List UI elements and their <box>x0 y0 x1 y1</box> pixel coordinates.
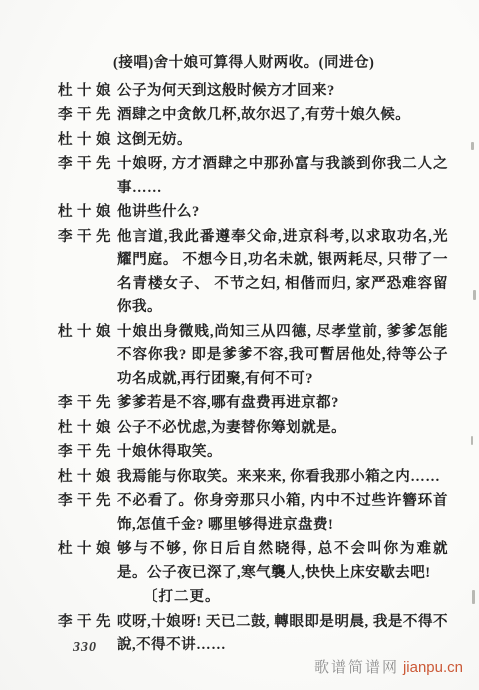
script-text-block: (接唱)舍十娘可算得人财两收。(同进仓) 杜十娘 公子为何天到这般时候方才回来?… <box>58 52 448 659</box>
dialogue-text: 爹爹若是不容,哪有盘费再进京都? <box>117 392 448 416</box>
dialogue-text: 十娘休得取笑。 <box>117 441 448 465</box>
dialogue-row: 杜十娘 我焉能与你取笑。来来来, 你看我那小箱之内…… <box>58 466 448 490</box>
dialogue-row: 李干先 十娘呀, 方才酒肆之中那孙富与我談到你我二人之事…… <box>58 153 448 200</box>
speaker-name: 杜十娘 <box>58 80 117 104</box>
book-page: (接唱)舍十娘可算得人财两收。(同进仓) 杜十娘 公子为何天到这般时候方才回来?… <box>0 0 479 690</box>
dialogue-list: 杜十娘 公子为何天到这般时候方才回来? 李干先 酒肆之中贪飲几杯,故尔迟了,有劳… <box>58 80 448 658</box>
dialogue-row: 杜十娘 十娘出身微贱,尚知三从四德, 尽孝堂前, 爹爹怎能不容你我? 即是爹爹不… <box>58 321 448 392</box>
watermark-site-url: jianpu.cn <box>403 659 463 676</box>
dialogue-row: 李干先 十娘休得取笑。 <box>58 441 448 465</box>
dialogue-text: 这倒无妨。 <box>117 129 448 153</box>
speaker-name: 李干先 <box>58 490 117 514</box>
speaker-name: 李干先 <box>58 441 117 465</box>
dialogue-text: 十娘出身微贱,尚知三从四德, 尽孝堂前, 爹爹怎能不容你我? 即是爹爹不容,我可… <box>117 321 448 392</box>
speaker-name: 杜十娘 <box>58 417 117 441</box>
scan-artifact <box>472 590 475 604</box>
dialogue-text: 酒肆之中贪飲几杯,故尔迟了,有劳十娘久候。 <box>117 104 448 128</box>
speaker-name: 李干先 <box>58 226 117 250</box>
dialogue-text: 公子为何天到这般时候方才回来? <box>117 80 448 104</box>
page-number: 330 <box>73 640 97 656</box>
dialogue-text: 他讲些什么? <box>117 201 448 225</box>
dialogue-row: 杜十娘 这倒无妨。 <box>58 129 448 153</box>
scan-artifact <box>473 290 476 300</box>
dialogue-text: 不必看了。你身旁那只小箱, 内中不过些许簪环首饰,怎值千金? 哪里够得进京盘费! <box>117 490 448 537</box>
dialogue-row: 杜十娘 够与不够, 你日后自然晓得, 总不会叫你为难就是。公子夜已深了,寒气襲人… <box>58 538 448 585</box>
dialogue-row: 杜十娘 他讲些什么? <box>58 201 448 225</box>
speaker-name: 李干先 <box>58 611 117 635</box>
watermark: 歌谱简谱网jianpu.cn <box>314 656 463 677</box>
speaker-name: 杜十娘 <box>58 466 117 490</box>
scan-artifact <box>471 436 473 445</box>
dialogue-row: 李干先 爹爹若是不容,哪有盘费再进京都? <box>58 392 448 416</box>
speaker-name: 杜十娘 <box>58 538 117 562</box>
stage-direction: 〔打二更。 <box>58 586 448 610</box>
speaker-name: 李干先 <box>58 153 117 177</box>
dialogue-row: 杜十娘 公子不必忧虑,为妻替你筹划就是。 <box>58 417 448 441</box>
dialogue-text: 我焉能与你取笑。来来来, 你看我那小箱之内…… <box>117 466 448 490</box>
dialogue-row: 李干先 不必看了。你身旁那只小箱, 内中不过些许簪环首饰,怎值千金? 哪里够得进… <box>58 490 448 537</box>
speaker-name: 杜十娘 <box>58 129 117 153</box>
speaker-name: 李干先 <box>58 104 117 128</box>
stage-direction-opening: (接唱)舍十娘可算得人财两收。(同进仓) <box>58 52 448 76</box>
dialogue-row: 李干先 酒肆之中贪飲几杯,故尔迟了,有劳十娘久候。 <box>58 104 448 128</box>
dialogue-text: 够与不够, 你日后自然晓得, 总不会叫你为难就是。公子夜已深了,寒气襲人,快快上… <box>117 538 448 585</box>
dialogue-row: 杜十娘 公子为何天到这般时候方才回来? <box>58 80 448 104</box>
dialogue-row: 李干先 他言道,我此番遵奉父命,进京科考,以求取功名,光耀門庭。 不想今日,功名… <box>58 226 448 320</box>
speaker-name: 李干先 <box>58 392 117 416</box>
dialogue-text: 他言道,我此番遵奉父命,进京科考,以求取功名,光耀門庭。 不想今日,功名未就, … <box>117 226 448 320</box>
watermark-site-name: 歌谱简谱网 <box>314 659 399 676</box>
dialogue-text: 哎呀,十娘呀! 天已二鼓, 轉眼即是明晨, 我是不得不說,不得不讲…… <box>117 611 448 658</box>
speaker-name: 杜十娘 <box>58 321 117 345</box>
scan-artifact <box>471 142 474 150</box>
dialogue-text: 十娘呀, 方才酒肆之中那孙富与我談到你我二人之事…… <box>117 153 448 200</box>
dialogue-row: 李干先 哎呀,十娘呀! 天已二鼓, 轉眼即是明晨, 我是不得不說,不得不讲…… <box>58 611 448 658</box>
speaker-name: 杜十娘 <box>58 201 117 225</box>
dialogue-text: 公子不必忧虑,为妻替你筹划就是。 <box>117 417 448 441</box>
